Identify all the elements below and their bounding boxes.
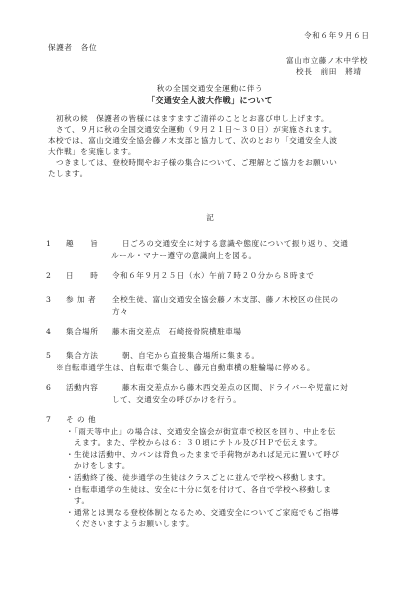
item-number: 5	[46, 350, 51, 361]
intro-line: たします。	[48, 168, 378, 179]
item-label: 参 加 者	[66, 294, 96, 305]
item-text: ルール・マナー遵守の意識向上を図る。	[111, 250, 257, 261]
other-bullet: ・自転車通学の生徒は、安全に十分に気を付けて、各自で学校へ移動しま	[66, 484, 331, 495]
item-number: 2	[46, 270, 51, 281]
intro-paragraph: 初秋の候 保護者の皆様にはますますご清祥のこととお喜び申し上げます。 さて、９月…	[48, 113, 378, 179]
intro-line: 初秋の候 保護者の皆様にはますますご清祥のこととお喜び申し上げます。	[48, 113, 378, 124]
other-bullet-cont: かけをします。	[66, 460, 130, 471]
item-label: 集合方法	[66, 350, 98, 361]
item-text: して、交通安全の呼びかけを行う。	[112, 394, 241, 405]
other-bullet: ・生徒は活動中、カバンは背負ったままで手荷物があれば足元に置いて呼び	[66, 449, 339, 460]
recipient: 保護者 各位	[48, 42, 97, 53]
item-text: 朝、自宅から直接集合場所に集まる。	[122, 350, 260, 361]
item-text: 藤木南交差点から藤木西交差点の区間、ドライバーや児童に対	[122, 382, 348, 393]
item-label: 活動内容	[66, 382, 98, 393]
principal-name: 校長 前田 將靖	[296, 66, 362, 77]
item-text: 日ごろの交通安全に対する意識や態度について振り返り、交通	[122, 238, 348, 249]
item-number: 7	[46, 414, 51, 425]
other-bullet: ・活動終了後、徒歩通学の生徒はクラスごとに並んで学校へ移動します。	[66, 472, 331, 483]
ki-heading: 記	[0, 212, 420, 223]
item-text: 方々	[112, 306, 128, 317]
intro-line: つきましては、登校時間やお子様の集合について、ご理解とご協力をお願いい	[48, 157, 378, 168]
item-label: そ の 他	[66, 414, 96, 425]
other-bullet-cont: くださいますようお願いします。	[66, 518, 194, 529]
item-number: 3	[46, 294, 51, 305]
item-note: ※自転車通学生は、自転車で集合し、藤元自動車横の駐輪場に停める。	[56, 362, 315, 373]
document-title: 「交通安全人波大作戦」について	[0, 95, 420, 106]
intro-line: 大作戦」を実施します。	[48, 146, 378, 157]
other-bullet: ・通常とは異なる登校体制となるため、交通安全についてご家庭でもご指導	[66, 507, 339, 518]
other-bullet: ・「雨天等中止」の場合は、交通安全協会が街宣車で校区を回り、中止を伝	[66, 426, 336, 437]
other-bullet-cont: えます。また、学校からは６：３０頃にテトル及びＨＰで伝えます。	[66, 437, 322, 448]
item-number: 1	[46, 238, 51, 249]
item-number: 4	[46, 326, 51, 337]
school-name: 富山市立藤ノ木中学校	[286, 55, 368, 66]
document-subtitle: 秋の全国交通安全運動に伴う	[0, 83, 420, 94]
item-label: 日 時	[66, 270, 98, 281]
item-number: 6	[46, 382, 51, 393]
intro-line: さて、９月に秋の全国交通安全運動（９月２１日～３０日）が実施されます。	[48, 124, 378, 135]
item-text: 令和６年９月２５日（水）午前７時２０分から８時まで	[112, 270, 314, 281]
item-text: 全校生徒、富山交通安全協会藤ノ木支部、藤ノ木校区の住民の	[112, 294, 339, 305]
item-label: 集合場所	[66, 326, 98, 337]
item-label: 趣 旨	[66, 238, 98, 249]
intro-line: 本校では、富山交通安全協会藤ノ木支部と協力して、次のとおり「交通安全人波	[48, 135, 378, 146]
other-bullet-cont: す。	[66, 495, 90, 506]
item-text: 藤木南交差点 石崎接骨院横駐車場	[112, 326, 242, 337]
document-date: 令和６年９月６日	[304, 30, 370, 41]
